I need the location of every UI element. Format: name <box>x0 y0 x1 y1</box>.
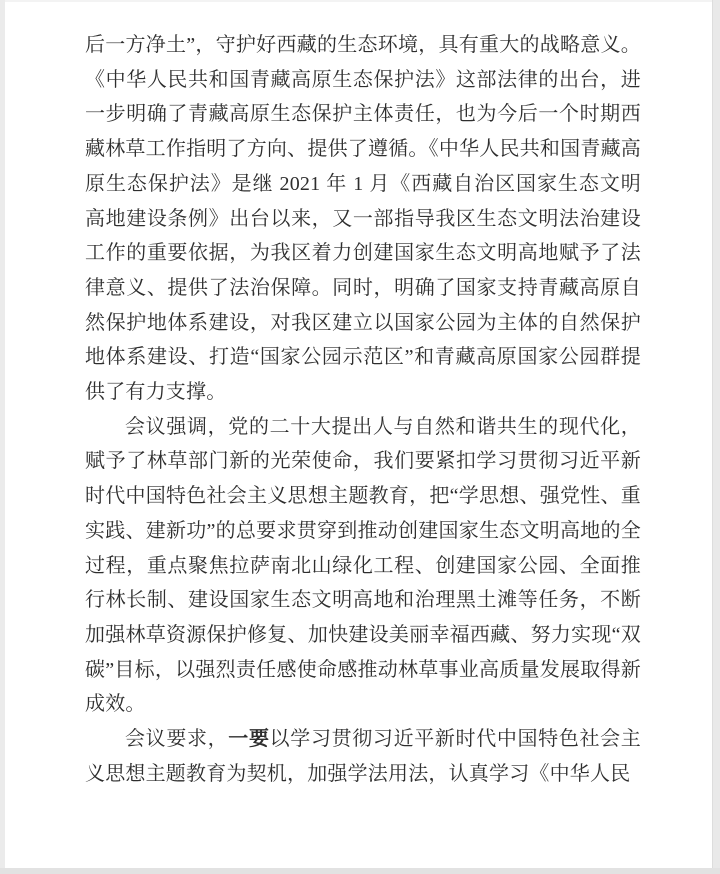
page-edge-top <box>0 0 720 2</box>
page-edge-bottom <box>0 868 720 874</box>
page-edge-right <box>712 0 720 874</box>
paragraph-text: 会议要求， <box>125 728 228 750</box>
body-paragraph: 会议要求，一要以学习贯彻习近平新时代中国特色社会主义思想主题教育为契机，加强学法… <box>85 722 641 791</box>
page-edge-left <box>0 0 5 874</box>
body-paragraph: 后一方净土”，守护好西藏的生态环境，具有重大的战略意义。《中华人民共和国青藏高原… <box>85 28 641 410</box>
document-text-block: 后一方净土”，守护好西藏的生态环境，具有重大的战略意义。《中华人民共和国青藏高原… <box>85 28 641 791</box>
emphasis-text: 一要 <box>228 728 269 750</box>
body-paragraph: 会议强调，党的二十大提出人与自然和谐共生的现代化，赋予了林草部门新的光荣使命，我… <box>85 410 641 722</box>
